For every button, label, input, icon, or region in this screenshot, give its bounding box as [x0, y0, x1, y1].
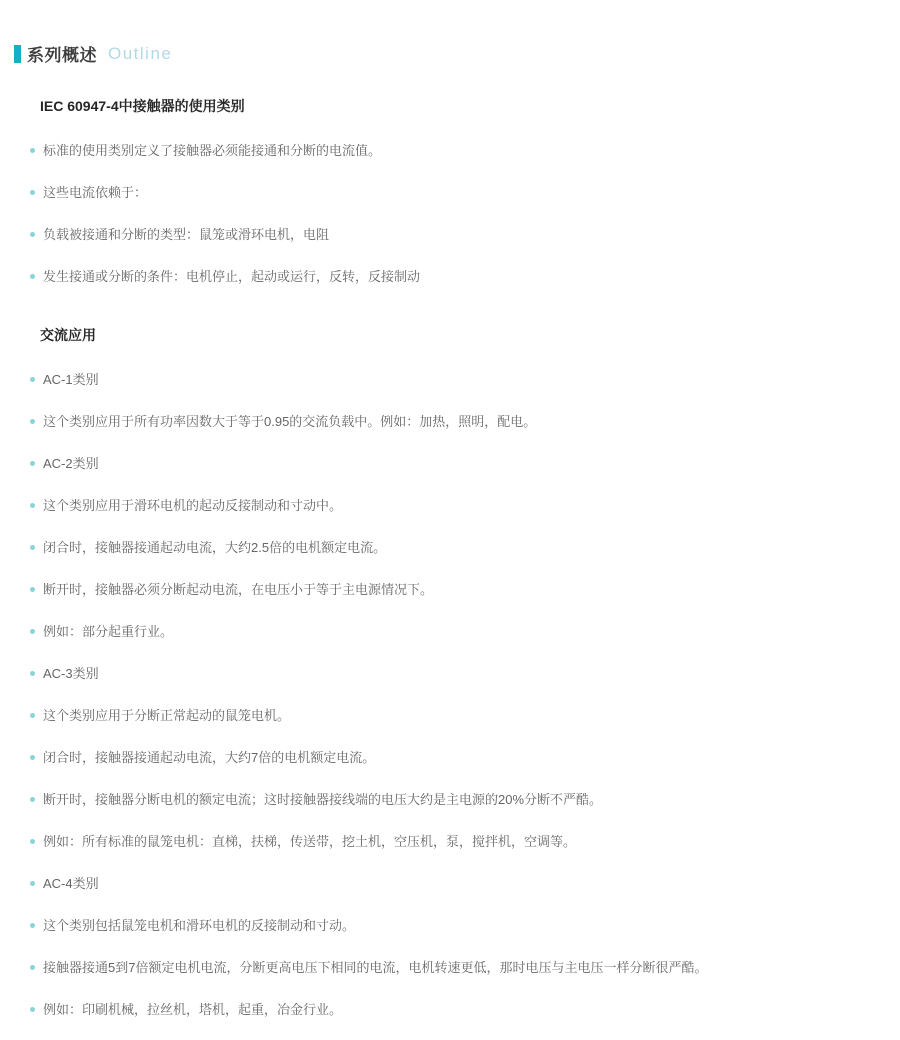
page-title: 系列概述 [27, 41, 97, 66]
bullet-icon [30, 587, 35, 592]
subsection-heading: IEC 60947-4中接触器的使用类别 [40, 96, 900, 116]
bullet-icon [30, 274, 35, 279]
list-item: 这个类别应用于分断正常起动的鼠笼电机。 [30, 709, 900, 723]
list-item: 断开时，接触器分断电机的额定电流；这时接触器接线端的电压大约是主电源的20%分断… [30, 793, 900, 807]
bullet-icon [30, 881, 35, 886]
list-item-text: 例如：部分起重行业。 [43, 624, 173, 639]
section-usage-categories: IEC 60947-4中接触器的使用类别 标准的使用类别定义了接触器必须能接通和… [0, 96, 900, 284]
list-item-text: AC-4类别 [43, 876, 99, 891]
list-item: 例如：印刷机械，拉丝机，塔机，起重，冶金行业。 [30, 1003, 900, 1017]
bullet-icon [30, 797, 35, 802]
bullet-icon [30, 839, 35, 844]
bullet-icon [30, 232, 35, 237]
list-item: 断开时，接触器必须分断起动电流，在电压小于等于主电源情况下。 [30, 583, 900, 597]
list-item-text: AC-1类别 [43, 372, 99, 387]
list-item-text: 发生接通或分断的条件：电机停止，起动或运行，反转，反接制动 [43, 269, 420, 284]
list-item-text: 这个类别应用于所有功率因数大于等于0.95的交流负载中。例如：加热，照明，配电。 [43, 414, 536, 429]
accent-bar-icon [14, 45, 21, 63]
document-page: 系列概述 Outline IEC 60947-4中接触器的使用类别 标准的使用类… [0, 41, 900, 1017]
bullet-icon [30, 190, 35, 195]
bullet-icon [30, 755, 35, 760]
list-item: AC-2类别 [30, 457, 900, 471]
list-item: 闭合时，接触器接通起动电流，大约7倍的电机额定电流。 [30, 751, 900, 765]
bullet-icon [30, 503, 35, 508]
bullet-icon [30, 461, 35, 466]
bullet-icon [30, 713, 35, 718]
bullet-icon [30, 419, 35, 424]
list-item-text: 断开时，接触器必须分断起动电流，在电压小于等于主电源情况下。 [43, 582, 433, 597]
list-item: 这些电流依赖于： [30, 186, 900, 200]
list-item-text: 闭合时，接触器接通起动电流，大约7倍的电机额定电流。 [43, 750, 375, 765]
list-item-text: 标准的使用类别定义了接触器必须能接通和分断的电流值。 [43, 143, 381, 158]
list-item: 负载被接通和分断的类型：鼠笼或滑环电机，电阻 [30, 228, 900, 242]
page-subtitle: Outline [108, 44, 172, 64]
list-item-text: 接触器接通5到7倍额定电机电流，分断更高电压下相同的电流，电机转速更低，那时电压… [43, 960, 707, 975]
list-item-text: 这些电流依赖于： [43, 185, 147, 200]
list-item-text: 负载被接通和分断的类型：鼠笼或滑环电机，电阻 [43, 227, 329, 242]
list-item: 例如：所有标准的鼠笼电机：直梯，扶梯，传送带，挖土机，空压机，泵，搅拌机，空调等… [30, 835, 900, 849]
bullet-icon [30, 965, 35, 970]
page-header: 系列概述 Outline [14, 41, 900, 66]
list-item: 闭合时，接触器接通起动电流，大约2.5倍的电机额定电流。 [30, 541, 900, 555]
list-item: 例如：部分起重行业。 [30, 625, 900, 639]
list-item-text: 断开时，接触器分断电机的额定电流；这时接触器接线端的电压大约是主电源的20%分断… [43, 792, 602, 807]
bullet-icon [30, 923, 35, 928]
bullet-list: 标准的使用类别定义了接触器必须能接通和分断的电流值。 这些电流依赖于： 负载被接… [0, 144, 900, 284]
list-item-text: 例如：印刷机械，拉丝机，塔机，起重，冶金行业。 [43, 1002, 342, 1017]
list-item: 标准的使用类别定义了接触器必须能接通和分断的电流值。 [30, 144, 900, 158]
bullet-icon [30, 671, 35, 676]
bullet-icon [30, 1007, 35, 1012]
list-item: 这个类别包括鼠笼电机和滑环电机的反接制动和寸动。 [30, 919, 900, 933]
list-item-text: 这个类别应用于分断正常起动的鼠笼电机。 [43, 708, 290, 723]
list-item: 发生接通或分断的条件：电机停止，起动或运行，反转，反接制动 [30, 270, 900, 284]
bullet-list: AC-1类别 这个类别应用于所有功率因数大于等于0.95的交流负载中。例如：加热… [0, 373, 900, 1017]
list-item: 这个类别应用于所有功率因数大于等于0.95的交流负载中。例如：加热，照明，配电。 [30, 415, 900, 429]
list-item: AC-1类别 [30, 373, 900, 387]
bullet-icon [30, 148, 35, 153]
bullet-icon [30, 545, 35, 550]
list-item-text: 这个类别应用于滑环电机的起动反接制动和寸动中。 [43, 498, 342, 513]
list-item-text: 例如：所有标准的鼠笼电机：直梯，扶梯，传送带，挖土机，空压机，泵，搅拌机，空调等… [43, 834, 576, 849]
bullet-icon [30, 377, 35, 382]
section-ac-applications: 交流应用 AC-1类别 这个类别应用于所有功率因数大于等于0.95的交流负载中。… [0, 325, 900, 1017]
list-item-text: 闭合时，接触器接通起动电流，大约2.5倍的电机额定电流。 [43, 540, 386, 555]
list-item-text: AC-3类别 [43, 666, 99, 681]
list-item: 接触器接通5到7倍额定电机电流，分断更高电压下相同的电流，电机转速更低，那时电压… [30, 961, 900, 975]
list-item-text: 这个类别包括鼠笼电机和滑环电机的反接制动和寸动。 [43, 918, 355, 933]
list-item: AC-4类别 [30, 877, 900, 891]
subsection-heading: 交流应用 [40, 325, 900, 345]
list-item: 这个类别应用于滑环电机的起动反接制动和寸动中。 [30, 499, 900, 513]
list-item: AC-3类别 [30, 667, 900, 681]
bullet-icon [30, 629, 35, 634]
list-item-text: AC-2类别 [43, 456, 99, 471]
